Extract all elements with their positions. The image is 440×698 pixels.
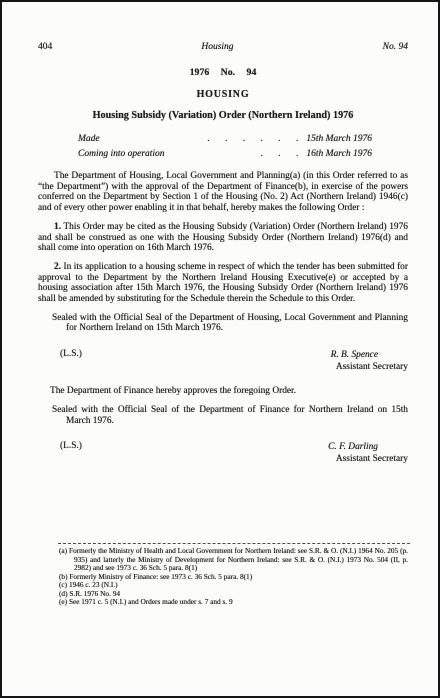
running-title: Housing [201, 42, 233, 52]
footnote-e-text: See 1971 c. 5 (N.I.) and Orders made und… [69, 597, 233, 606]
footnote-a: (a) Formerly the Ministry of Health and … [38, 547, 408, 573]
article-2-number: 2. [54, 262, 61, 272]
order-number-line: 1976 No. 94 [38, 67, 408, 78]
footnote-divider [58, 543, 410, 544]
signatory-1-title: Assistant Secretary [336, 362, 408, 372]
page-title: Housing Subsidy (Variation) Order (North… [38, 110, 408, 121]
article-2: 2. In its application to a housing schem… [38, 262, 408, 305]
finance-approval-line: The Department of Finance hereby approve… [50, 386, 408, 397]
sealing-clause-finance: Sealed with the Official Seal of the Dep… [38, 405, 408, 426]
blank-space [38, 465, 408, 543]
signatory-2: C. F. Darling Assistant Secretary [328, 441, 408, 465]
made-label: Made [78, 134, 100, 144]
seal-abbreviation-2: (L.S.) [60, 441, 82, 465]
article-1-number: 1. [54, 222, 61, 232]
footnote-e: (e) See 1971 c. 5 (N.I.) and Orders made… [38, 598, 408, 607]
page-number: 404 [38, 42, 52, 52]
footnote-a-label: (a) [59, 546, 67, 555]
seal-abbreviation-1: (L.S.) [60, 349, 82, 373]
made-dot-leader: . . . . . . [100, 134, 307, 144]
page-content: 404 Housing No. 94 1976 No. 94 HOUSING H… [38, 2, 408, 696]
running-order-ref: No. 94 [383, 42, 408, 52]
preamble-paragraph: The Department of Housing, Local Governm… [38, 171, 408, 214]
made-date: 15th March 1976 [306, 134, 372, 144]
article-2-text: In its application to a housing scheme i… [38, 262, 408, 304]
made-row: Made . . . . . . 15th March 1976 [78, 134, 372, 144]
coming-into-operation-row: Coming into operation . . . 16th March 1… [78, 149, 372, 159]
signature-block-2: (L.S.) C. F. Darling Assistant Secretary [38, 441, 408, 465]
document-page: 404 Housing No. 94 1976 No. 94 HOUSING H… [0, 0, 440, 698]
signatory-1: R. B. Spence Assistant Secretary [331, 349, 408, 373]
signatory-1-name: R. B. Spence [331, 350, 408, 360]
article-1-text: This Order may be cited as the Housing S… [38, 222, 408, 253]
operation-date: 16th March 1976 [306, 149, 372, 159]
signatory-2-name: C. F. Darling [328, 442, 408, 452]
sealing-clause-housing: Sealed with the Official Seal of the Dep… [38, 313, 408, 334]
section-heading: HOUSING [38, 89, 408, 100]
signature-block-1: (L.S.) R. B. Spence Assistant Secretary [38, 349, 408, 373]
order-dates: Made . . . . . . 15th March 1976 Coming … [78, 134, 372, 159]
footnote-a-text: Formerly the Ministry of Health and Loca… [69, 546, 408, 572]
operation-dot-leader: . . . [165, 149, 307, 159]
footnote-e-label: (e) [59, 597, 67, 606]
coming-into-operation-label: Coming into operation [78, 149, 165, 159]
article-1: 1. This Order may be cited as the Housin… [38, 222, 408, 254]
signatory-2-title: Assistant Secretary [336, 454, 408, 464]
footnotes: (a) Formerly the Ministry of Health and … [38, 547, 408, 607]
running-head: 404 Housing No. 94 [38, 42, 408, 52]
